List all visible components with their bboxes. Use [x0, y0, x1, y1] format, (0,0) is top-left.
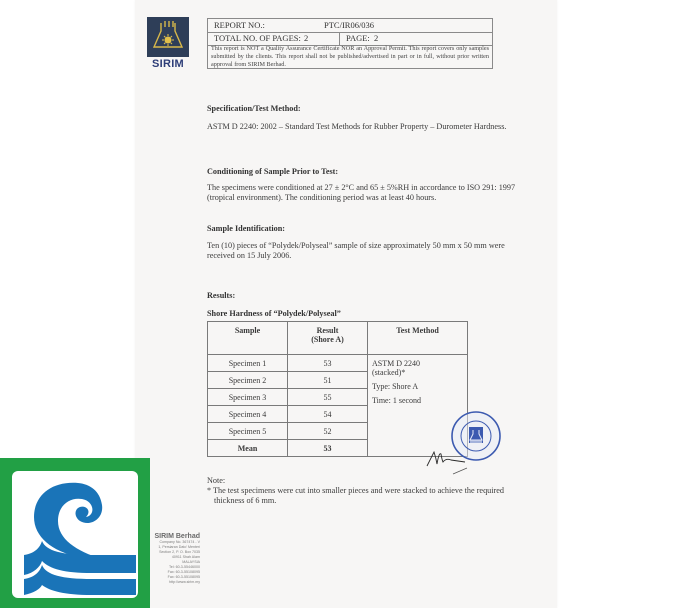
footer-company: SIRIM Berhad: [150, 533, 200, 540]
footer-address: SIRIM Berhad Company No. 367474 - V 1, P…: [150, 533, 200, 585]
total-pages-value: 2: [304, 32, 308, 45]
result-cell: 52: [288, 423, 368, 440]
table-header-row: Sample Result (Shore A) Test Method: [208, 322, 468, 355]
col-header-test-method: Test Method: [368, 322, 468, 355]
results-heading: Results:: [207, 291, 235, 300]
total-pages-label: TOTAL NO. OF PAGES:: [214, 32, 301, 45]
col-header-sample: Sample: [208, 322, 288, 355]
sample-cell: Specimen 1: [208, 355, 288, 372]
results-subheading: Shore Hardness of “Polydek/Polyseal”: [207, 309, 341, 318]
result-cell: 55: [288, 389, 368, 406]
result-cell: 51: [288, 372, 368, 389]
header-divider: [339, 32, 340, 45]
table-row: Specimen 1 53 ASTM D 2240 (stacked)* Typ…: [208, 355, 468, 372]
sample-cell: Specimen 4: [208, 406, 288, 423]
wave-logo: [0, 458, 150, 608]
results-table: Sample Result (Shore A) Test Method Spec…: [207, 321, 468, 457]
col-header-result: Result (Shore A): [288, 322, 368, 355]
conditioning-text: The specimens were conditioned at 27 ± 2…: [207, 183, 519, 203]
document-page: [135, 0, 557, 608]
wave-icon: [12, 471, 138, 598]
page-label: PAGE:: [346, 32, 370, 45]
method-line: ASTM D 2240: [372, 359, 467, 368]
note-label: Note:: [207, 476, 225, 486]
spec-text: ASTM D 2240: 2002 – Standard Test Method…: [207, 122, 517, 132]
page-value: 2: [374, 32, 378, 45]
sirim-logo-text: SIRIM: [147, 58, 189, 70]
sample-id-heading: Sample Identification:: [207, 224, 285, 233]
mean-value: 53: [288, 440, 368, 457]
spec-heading: Specification/Test Method:: [207, 104, 301, 113]
method-line: Time: 1 second: [372, 396, 467, 405]
result-cell: 54: [288, 406, 368, 423]
disclaimer-text: This report is NOT a Quality Assurance C…: [211, 45, 489, 69]
signature: [425, 438, 475, 478]
method-line: (stacked)*: [372, 368, 467, 377]
report-no-label: REPORT NO.:: [214, 19, 265, 32]
result-cell: 53: [288, 355, 368, 372]
address-line: http://www.sirim.my: [150, 580, 200, 585]
mean-label: Mean: [208, 440, 288, 457]
sample-cell: Specimen 2: [208, 372, 288, 389]
sirim-logo: SIRIM: [147, 17, 189, 73]
conditioning-heading: Conditioning of Sample Prior to Test:: [207, 167, 338, 176]
report-header-box: REPORT NO.: PTC/IR06/036 TOTAL NO. OF PA…: [207, 18, 493, 69]
report-no-value: PTC/IR06/036: [324, 19, 374, 32]
flask-icon: [147, 17, 189, 57]
sample-id-text: Ten (10) pieces of “Polydek/Polyseal” sa…: [207, 241, 507, 261]
note-text: * The test specimens were cut into small…: [207, 486, 524, 506]
sample-cell: Specimen 3: [208, 389, 288, 406]
sample-cell: Specimen 5: [208, 423, 288, 440]
method-line: Type: Shore A: [372, 382, 467, 391]
